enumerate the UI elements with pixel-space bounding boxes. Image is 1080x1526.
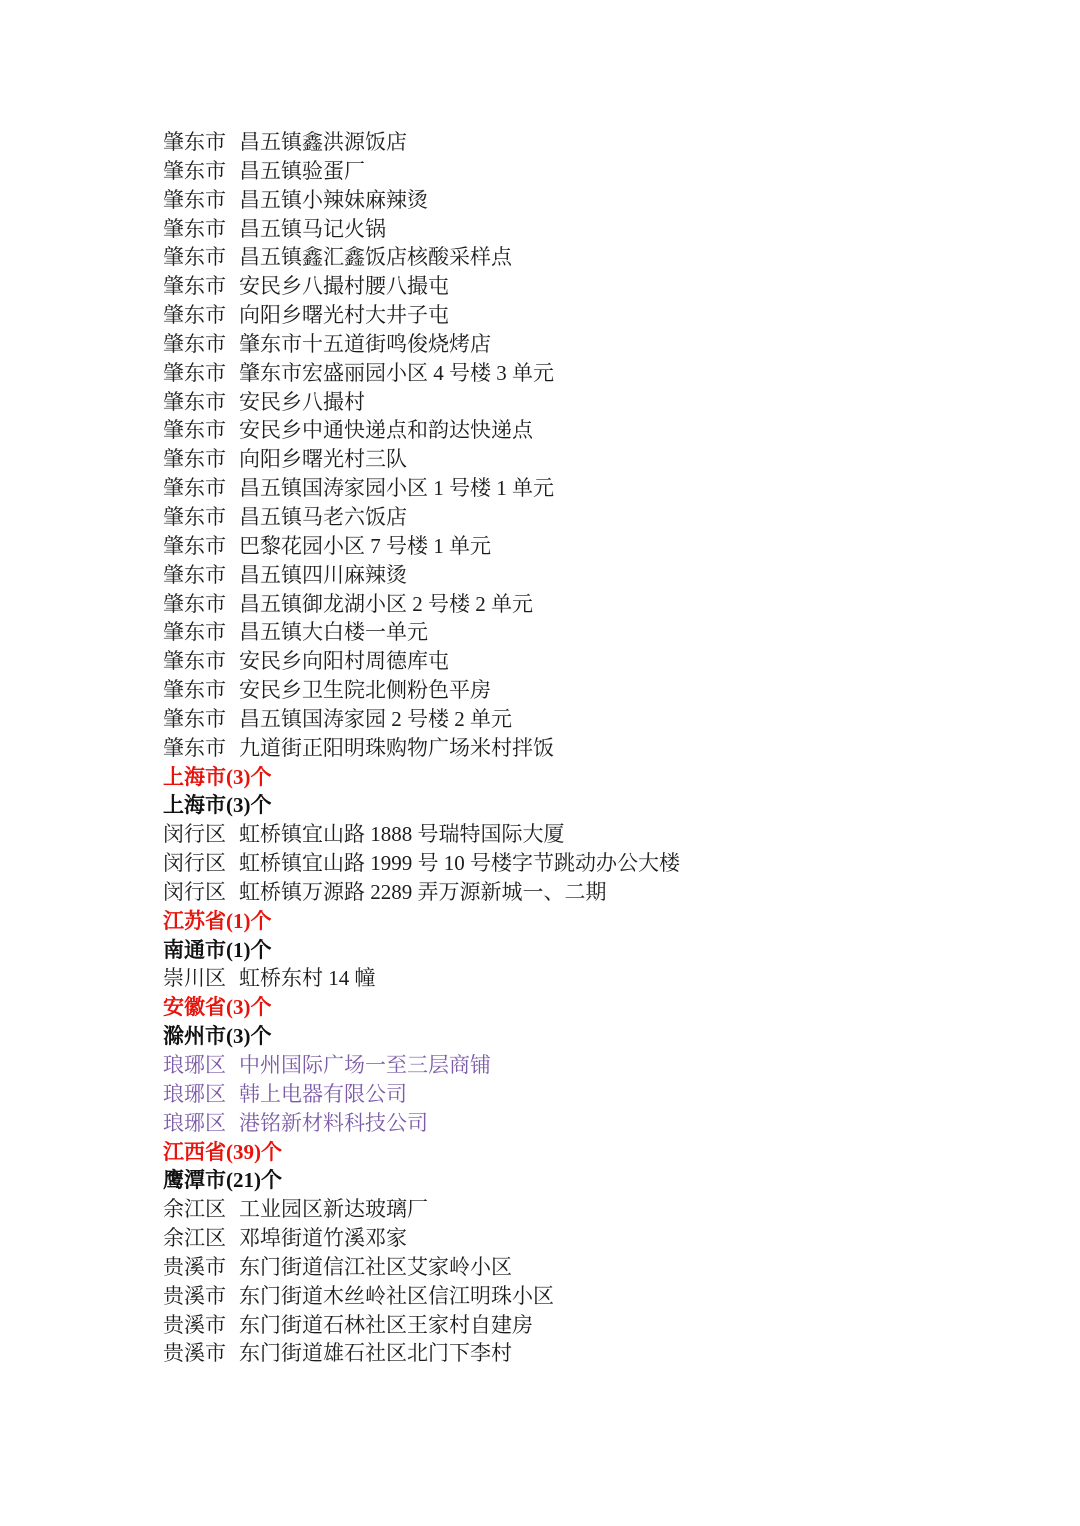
place-label: 昌五镇大白楼一单元: [239, 620, 428, 644]
list-item: 肇东市安民乡八撮村腰八撮屯: [163, 272, 680, 301]
place-label: 向阳乡曙光村三队: [239, 447, 407, 471]
list-item: 闵行区虹桥镇万源路 2289 弄万源新城一、二期: [163, 878, 680, 907]
list-item: 肇东市昌五镇四川麻辣烫: [163, 561, 680, 590]
place-label: 昌五镇马老六饭店: [239, 505, 407, 529]
place-label: 肇东市十五道街鸣俊烧烤店: [239, 332, 491, 356]
list-item: 肇东市昌五镇马老六饭店: [163, 503, 680, 532]
list-item: 肇东市昌五镇国涛家园小区 1 号楼 1 单元: [163, 474, 680, 503]
list-item: 肇东市肇东市宏盛丽园小区 4 号楼 3 单元: [163, 359, 680, 388]
district-label: 肇东市: [163, 734, 226, 763]
district-label: 肇东市: [163, 215, 226, 244]
list-item: 肇东市昌五镇马记火锅: [163, 215, 680, 244]
place-label: 昌五镇四川麻辣烫: [239, 563, 407, 587]
place-label: 昌五镇马记火锅: [239, 217, 386, 241]
district-label: 贵溪市: [163, 1311, 226, 1340]
list-item: 肇东市安民乡卫生院北侧粉色平房: [163, 676, 680, 705]
place-label: 工业园区新达玻璃厂: [239, 1197, 428, 1221]
list-item: 琅琊区港铭新材料科技公司: [163, 1109, 680, 1138]
district-label: 肇东市: [163, 503, 226, 532]
list-item: 肇东市昌五镇鑫洪源饭店: [163, 128, 680, 157]
place-label: 虹桥镇宜山路 1888 号瑞特国际大厦: [239, 822, 565, 846]
district-label: 余江区: [163, 1224, 226, 1253]
place-label: 东门街道石林社区王家村自建房: [239, 1313, 533, 1337]
city-header: 鹰潭市(21)个: [163, 1166, 680, 1195]
list-item: 琅琊区韩上电器有限公司: [163, 1080, 680, 1109]
list-item: 肇东市昌五镇国涛家园 2 号楼 2 单元: [163, 705, 680, 734]
list-item: 贵溪市东门街道木丝岭社区信江明珠小区: [163, 1282, 680, 1311]
district-label: 崇川区: [163, 964, 226, 993]
place-label: 安民乡中通快递点和韵达快递点: [239, 418, 533, 442]
list-item: 肇东市昌五镇鑫汇鑫饭店核酸采样点: [163, 243, 680, 272]
district-label: 闵行区: [163, 878, 226, 907]
district-label: 肇东市: [163, 676, 226, 705]
district-label: 闵行区: [163, 820, 226, 849]
place-label: 肇东市宏盛丽园小区 4 号楼 3 单元: [239, 361, 554, 385]
place-label: 昌五镇国涛家园小区 1 号楼 1 单元: [239, 476, 554, 500]
list-item: 贵溪市东门街道信江社区艾家岭小区: [163, 1253, 680, 1282]
province-header: 上海市(3)个: [163, 763, 680, 792]
district-label: 肇东市: [163, 359, 226, 388]
district-label: 肇东市: [163, 705, 226, 734]
list-item: 肇东市向阳乡曙光村三队: [163, 445, 680, 474]
list-item: 闵行区虹桥镇宜山路 1999 号 10 号楼字节跳动办公大楼: [163, 849, 680, 878]
district-label: 肇东市: [163, 186, 226, 215]
place-label: 东门街道信江社区艾家岭小区: [239, 1255, 512, 1279]
list-item: 肇东市安民乡中通快递点和韵达快递点: [163, 416, 680, 445]
place-label: 东门街道木丝岭社区信江明珠小区: [239, 1284, 554, 1308]
district-label: 贵溪市: [163, 1253, 226, 1282]
district-label: 肇东市: [163, 416, 226, 445]
district-label: 闵行区: [163, 849, 226, 878]
list-item: 肇东市昌五镇大白楼一单元: [163, 618, 680, 647]
place-label: 向阳乡曙光村大井子屯: [239, 303, 449, 327]
district-label: 肇东市: [163, 388, 226, 417]
place-label: 韩上电器有限公司: [239, 1082, 407, 1106]
list-item: 肇东市安民乡向阳村周德库屯: [163, 647, 680, 676]
city-header: 滁州市(3)个: [163, 1022, 680, 1051]
district-label: 肇东市: [163, 474, 226, 503]
place-label: 中州国际广场一至三层商铺: [239, 1053, 491, 1077]
place-label: 安民乡卫生院北侧粉色平房: [239, 678, 491, 702]
district-label: 贵溪市: [163, 1339, 226, 1368]
district-label: 肇东市: [163, 532, 226, 561]
district-label: 肇东市: [163, 647, 226, 676]
district-label: 肇东市: [163, 330, 226, 359]
place-label: 昌五镇鑫洪源饭店: [239, 130, 407, 154]
district-label: 肇东市: [163, 157, 226, 186]
list-item: 肇东市肇东市十五道街鸣俊烧烤店: [163, 330, 680, 359]
list-item: 崇川区虹桥东村 14 幢: [163, 964, 680, 993]
place-label: 九道街正阳明珠购物广场米村拌饭: [239, 736, 554, 760]
place-label: 安民乡八撮村: [239, 390, 365, 414]
place-label: 昌五镇御龙湖小区 2 号楼 2 单元: [239, 592, 533, 616]
list-item: 肇东市安民乡八撮村: [163, 388, 680, 417]
place-label: 东门街道雄石社区北门下李村: [239, 1341, 512, 1365]
risk-area-list: 肇东市昌五镇鑫洪源饭店肇东市昌五镇验蛋厂肇东市昌五镇小辣妹麻辣烫肇东市昌五镇马记…: [163, 128, 680, 1368]
district-label: 琅琊区: [163, 1109, 226, 1138]
place-label: 虹桥镇万源路 2289 弄万源新城一、二期: [239, 880, 607, 904]
district-label: 贵溪市: [163, 1282, 226, 1311]
district-label: 肇东市: [163, 272, 226, 301]
place-label: 昌五镇国涛家园 2 号楼 2 单元: [239, 707, 512, 731]
district-label: 余江区: [163, 1195, 226, 1224]
list-item: 贵溪市东门街道石林社区王家村自建房: [163, 1311, 680, 1340]
list-item: 肇东市九道街正阳明珠购物广场米村拌饭: [163, 734, 680, 763]
district-label: 肇东市: [163, 445, 226, 474]
district-label: 肇东市: [163, 618, 226, 647]
place-label: 昌五镇验蛋厂: [239, 159, 365, 183]
list-item: 肇东市向阳乡曙光村大井子屯: [163, 301, 680, 330]
list-item: 余江区工业园区新达玻璃厂: [163, 1195, 680, 1224]
place-label: 虹桥镇宜山路 1999 号 10 号楼字节跳动办公大楼: [239, 851, 680, 875]
list-item: 肇东市昌五镇御龙湖小区 2 号楼 2 单元: [163, 590, 680, 619]
place-label: 巴黎花园小区 7 号楼 1 单元: [239, 534, 491, 558]
place-label: 昌五镇鑫汇鑫饭店核酸采样点: [239, 245, 512, 269]
district-label: 肇东市: [163, 590, 226, 619]
city-header: 南通市(1)个: [163, 936, 680, 965]
place-label: 安民乡向阳村周德库屯: [239, 649, 449, 673]
list-item: 肇东市巴黎花园小区 7 号楼 1 单元: [163, 532, 680, 561]
list-item: 肇东市昌五镇验蛋厂: [163, 157, 680, 186]
place-label: 安民乡八撮村腰八撮屯: [239, 274, 449, 298]
place-label: 虹桥东村 14 幢: [239, 966, 376, 990]
district-label: 肇东市: [163, 561, 226, 590]
list-item: 余江区邓埠街道竹溪邓家: [163, 1224, 680, 1253]
province-header: 安徽省(3)个: [163, 993, 680, 1022]
province-header: 江苏省(1)个: [163, 907, 680, 936]
place-label: 港铭新材料科技公司: [239, 1111, 428, 1135]
list-item: 闵行区虹桥镇宜山路 1888 号瑞特国际大厦: [163, 820, 680, 849]
district-label: 肇东市: [163, 301, 226, 330]
list-item: 贵溪市东门街道雄石社区北门下李村: [163, 1339, 680, 1368]
district-label: 琅琊区: [163, 1051, 226, 1080]
district-label: 肇东市: [163, 128, 226, 157]
province-header: 江西省(39)个: [163, 1138, 680, 1167]
place-label: 邓埠街道竹溪邓家: [239, 1226, 407, 1250]
list-item: 琅琊区中州国际广场一至三层商铺: [163, 1051, 680, 1080]
list-item: 肇东市昌五镇小辣妹麻辣烫: [163, 186, 680, 215]
city-header: 上海市(3)个: [163, 791, 680, 820]
place-label: 昌五镇小辣妹麻辣烫: [239, 188, 428, 212]
district-label: 肇东市: [163, 243, 226, 272]
district-label: 琅琊区: [163, 1080, 226, 1109]
